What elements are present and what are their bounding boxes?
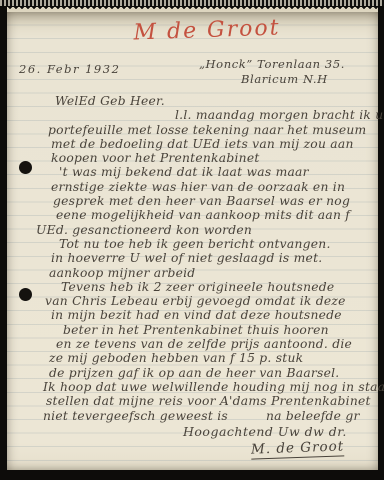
body-line: 't was mij bekend dat ik laat was maar (59, 165, 375, 179)
body-line: l.l. maandag morgen bracht ik uw (175, 108, 375, 122)
body-line-fragment: niet tevergeefsch geweest is (43, 409, 228, 423)
body-line: Ik hoop dat uwe welwillende houding mij … (43, 380, 375, 394)
body-line: in hoeverre U wel of niet geslaagd is me… (51, 251, 375, 265)
salutation: WelEd Geb Heer. (55, 94, 375, 108)
archivist-name-red-ink: M de Groot (127, 15, 288, 46)
body-line: ernstige ziekte was hier van de oorzaak … (51, 180, 375, 194)
body-line: niet tevergeefsch geweest isna beleefde … (43, 409, 375, 423)
letter-page: M de Groot 26. Febr 1932 „Honck” Torenla… (7, 12, 378, 470)
body-line: portefeuille met losse tekening naar het… (48, 123, 375, 137)
body-line: en ze tevens van de zelfde prijs aantoon… (56, 337, 375, 351)
perforated-edge (0, 0, 384, 6)
body-line: de prijzen gaf ik op aan de heer van Baa… (49, 366, 375, 380)
body-line: met de bedoeling dat UEd iets van mij zo… (51, 137, 375, 151)
body-line: eene mogelijkheid van aankoop mits dit a… (56, 208, 375, 222)
body-line: in mijn bezit had en vind dat deze houts… (51, 308, 375, 322)
letter-body: WelEd Geb Heer. l.l. maandag morgen brac… (7, 94, 375, 423)
closing-salute: na beleefde gr (266, 409, 360, 423)
body-line: koopen voor het Prentenkabinet (51, 151, 375, 165)
body-line: aankoop mijner arbeid (49, 266, 375, 280)
body-line: van Chris Lebeau erbij gevoegd omdat ik … (45, 294, 375, 308)
sender-address-line-1: „Honck” Torenlaan 35. (199, 57, 345, 71)
body-line: ze mij geboden hebben van f 15 p. stuk (49, 351, 375, 365)
body-line: beter in het Prentenkabinet thuis hooren (63, 323, 375, 337)
sender-address-line-2: Blaricum N.H (241, 72, 328, 86)
body-line: Tot nu toe heb ik geen bericht ontvangen… (59, 237, 375, 251)
body-line: gesprek met den heer van Baarsel was er … (53, 194, 375, 208)
body-line: UEd. gesanctioneerd kon worden (36, 223, 375, 237)
closing-formula: Hoogachtend Uw dw dr. (183, 424, 347, 439)
scanned-letter: M de Groot 26. Febr 1932 „Honck” Torenla… (0, 0, 384, 480)
signature: M. de Groot (251, 438, 345, 459)
letter-date: 26. Febr 1932 (19, 62, 120, 76)
body-line: Tevens heb ik 2 zeer origineele houtsned… (61, 280, 375, 294)
body-line: stellen dat mijne reis voor A'dams Prent… (46, 394, 375, 408)
